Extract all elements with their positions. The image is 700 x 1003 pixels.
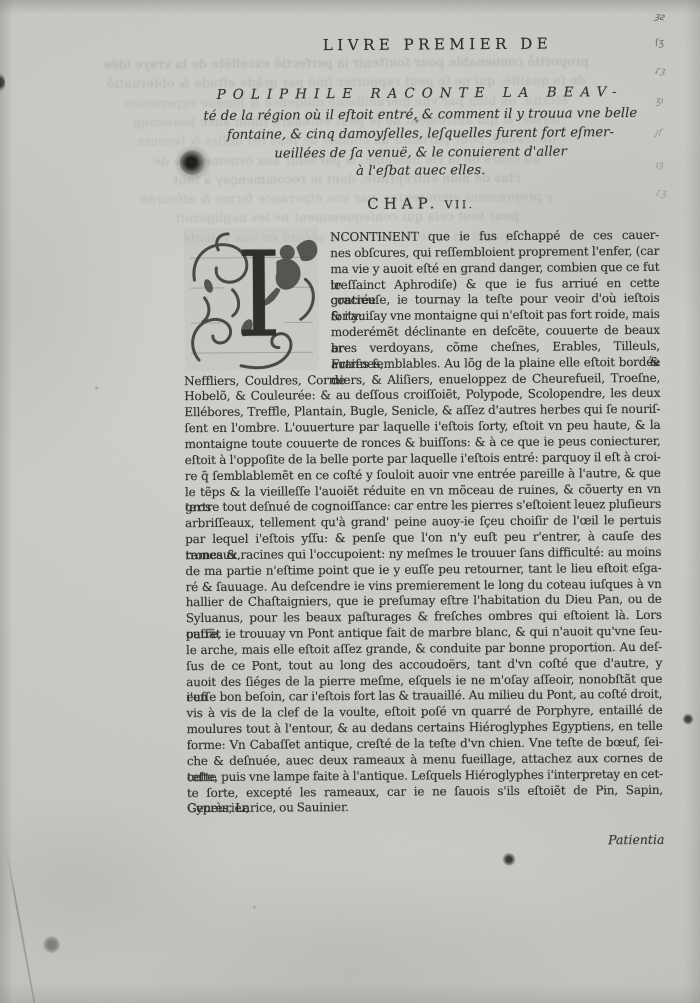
showthrough-ghost-line: proportiõ conuenable pour ſouſtenir la p… [1,54,691,73]
body-lines-beside-dropcap: NCONTINENT que ie fus eſchappé de ces ca… [183,228,660,374]
stain-blob [43,936,60,953]
paper-speck [253,906,256,909]
body-text-block: NCONTINENT que ie fus eſchappé de ces ca… [183,228,663,818]
marginalia-mark: ſʒ [654,37,664,49]
catchword: Patientia [608,832,664,847]
chapter-label: CHAP. [367,194,439,213]
marginalia-mark: ɾʒ [655,187,667,199]
body-lines-full-width: Neffliers, Couldres, Cormiers, & Aliſier… [184,370,663,817]
paper-speck [604,566,607,569]
running-header: LIVRE PREMIER DE [323,35,552,55]
marginalia-mark: ȝƨ [654,11,666,23]
paper-speck [415,120,418,123]
chapter-heading: CHAP. VII. [183,192,659,214]
marginalia-mark: ʒı [655,95,665,107]
marginalia-mark: ıȝ [655,159,664,171]
ink-dot-right-margin [682,714,693,725]
ink-blot [180,150,206,175]
body-text-last-line: Cyprès, Larice, ou Sauinier. [187,798,663,817]
printed-page-content: proportiõ conuenable pour ſouſtenir la p… [0,0,700,1003]
ink-dot [502,853,515,866]
paper-speck [95,387,98,390]
book-page-photo: { "document": { "running_header": "LIVRE… [0,0,700,1003]
marginalia-mark: ȷſ [655,128,663,140]
marginalia-mark: ɾȝ [654,65,666,77]
chapter-numeral: VII. [444,198,474,211]
chapter-argument-caps-line: POLIPHILE RACONTE LA BEAV- [182,84,658,103]
page-crease-line [5,850,35,1003]
